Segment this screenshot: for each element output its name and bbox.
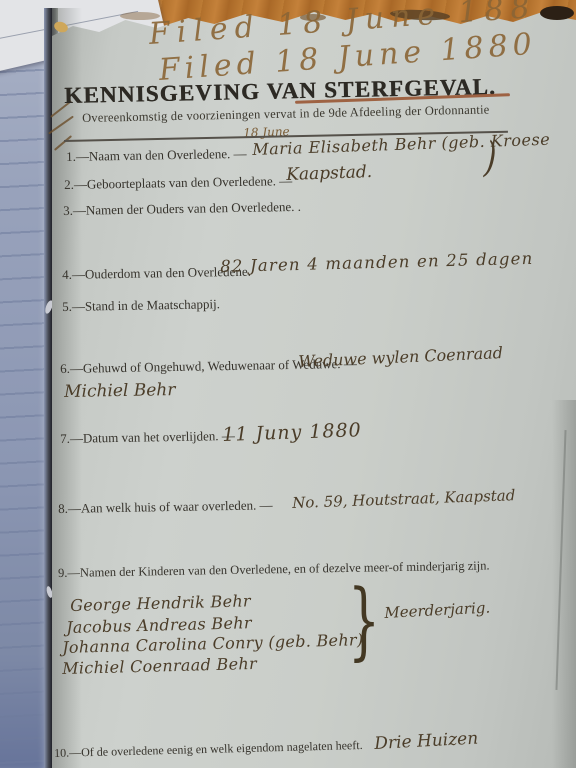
answer-item-2: Kaapstad. <box>286 164 372 184</box>
printed-item-5: 5.—Stand in de Maatschappij. <box>62 297 220 313</box>
watermark-name: BEHR, Maria Elizabeth born KROESE <box>551 0 564 20</box>
watermark-field-row: Starting1880 <box>499 0 512 20</box>
printed-item-7: 7.—Datum van het overlijden. — <box>60 429 235 445</box>
watermark-field-row: Reference223 <box>512 0 525 20</box>
children-brace: } <box>348 578 380 662</box>
printed-item-2: 2.—Geboorteplaats van den Overledene. — <box>64 174 292 191</box>
book-page-edges <box>0 4 47 768</box>
watermark-field-row: Volume6/9/174 <box>525 0 538 20</box>
watermark-field-row: Estate FileMOOC <box>538 0 551 20</box>
answer-item-7: 11 Juny 1880 <box>222 421 362 445</box>
printed-item-3: 3.—Namen der Ouders van den Overledene. … <box>63 200 301 217</box>
watermark-block: BEHR, Maria Elizabeth born KROESE Estate… <box>499 0 564 20</box>
printed-item-8: 8.—Aan welk huis of waar overleden. — <box>58 498 273 515</box>
answer-item-6-line2: Michiel Behr <box>64 382 176 401</box>
child-name-1: George Hendrik Behr <box>70 593 251 614</box>
printed-item-1: 1.—Naam van den Overledene. — <box>66 147 247 163</box>
